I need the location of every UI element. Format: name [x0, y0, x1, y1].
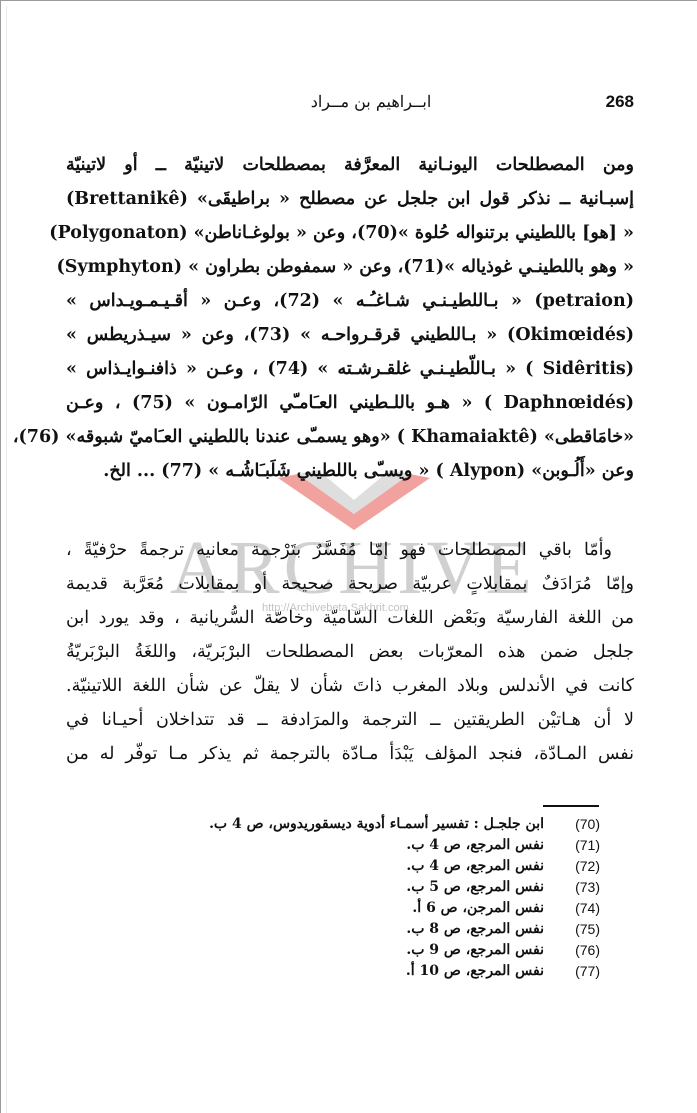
- footnote: (73) نفس المرجع، ص 5 ب.: [150, 877, 600, 898]
- running-title: ابــراهيم بن مــراد: [68, 92, 634, 111]
- paragraph-1: ومن المصطلحات اليونـانية المعرَّفة بمصطل…: [66, 148, 634, 488]
- page-border-inner: [6, 6, 7, 1113]
- footnote-number: (71): [550, 835, 600, 856]
- text-line: لا أن هـاتيْن الطريقتين ــ الترجمة والمر…: [66, 703, 634, 737]
- text-line: إسبـانية ــ نذكر قول ابن جلجل عن مصطلح «…: [66, 182, 634, 216]
- footnote-number: (77): [550, 961, 600, 982]
- footnote-text: نفس المرجع، ص 5 ب.: [406, 877, 550, 898]
- text-line: وعن «أَلُـوبن» (Alypon ) « ويسـّى باللطي…: [66, 454, 634, 488]
- footnote-number: (75): [550, 919, 600, 940]
- page-header: 268 ابــراهيم بن مــراد: [68, 92, 634, 120]
- footnote: (75) نفس المرجع، ص 8 ب.: [150, 919, 600, 940]
- footnote-separator: [543, 805, 599, 807]
- footnote-text: نفس المرجن، ص 6 أ.: [412, 898, 550, 919]
- text-line: نفس المـادّة، فنجد المؤلف يَبْدَأ مـادّة…: [66, 737, 634, 771]
- text-line: (Okimœidés) « بـاللطيني قرقـرواحـه » (73…: [66, 318, 634, 352]
- text-line: وإمّا مُرَادَفٌ بمقابلاتٍ عربيّة صريحة ص…: [66, 567, 634, 601]
- text-line: (Sidêritis ) « بـاللّطيـنـي غلقـرشـته » …: [66, 352, 634, 386]
- footnotes: (70) ابن جلجـل : تفسير أسمـاء أدوية ديسق…: [150, 814, 600, 982]
- text-line: « وهو باللطينـي غوذياله »(71)، وعن « سمف…: [66, 250, 634, 284]
- footnote: (70) ابن جلجـل : تفسير أسمـاء أدوية ديسق…: [150, 814, 600, 835]
- paragraph-2: وأمّا باقي المصطلحات فهو إمّا مُفَسَّرٌ …: [66, 533, 634, 771]
- footnote-text: نفس المرجع، ص 4 ب.: [406, 856, 550, 877]
- footnote-text: نفس المرجع، ص 8 ب.: [406, 919, 550, 940]
- footnote: (76) نفس المرجع، ص 9 ب.: [150, 940, 600, 961]
- page-border-left: [0, 0, 1, 1113]
- text-line: (Daphnœidés ) « هـو باللـطيني العـَامـّي…: [66, 386, 634, 420]
- footnote-number: (74): [550, 898, 600, 919]
- footnote-text: نفس المرجع، ص 10 أ.: [406, 961, 550, 982]
- footnote-number: (73): [550, 877, 600, 898]
- text-line: جلجل ضمن هذه المعرّبات بعض المصطلحات الب…: [66, 635, 634, 669]
- footnote: (71) نفس المرجع، ص 4 ب.: [150, 835, 600, 856]
- footnote-number: (70): [550, 814, 600, 835]
- text-line: من اللغة الفارسيّة وبَعْض اللغات السّامي…: [66, 601, 634, 635]
- text-line: « [هو] باللطيني برتنواله حُلوة »(70)، وع…: [66, 216, 634, 250]
- text-line: كانت في الأندلس وبلاد المغرب ذاتَ شأن لا…: [66, 669, 634, 703]
- footnote: (72) نفس المرجع، ص 4 ب.: [150, 856, 600, 877]
- page-border-top: [0, 0, 697, 1]
- footnote: (74) نفس المرجن، ص 6 أ.: [150, 898, 600, 919]
- footnote-number: (76): [550, 940, 600, 961]
- text-line: (petraion) « بـاللطيـنـي شـاغـُـه » (72)…: [66, 284, 634, 318]
- text-line: «خامَاقطى» (Khamaiaktê ) «وهو يسمـّى عند…: [66, 420, 634, 454]
- footnote-text: نفس المرجع، ص 9 ب.: [406, 940, 550, 961]
- footnote-text: نفس المرجع، ص 4 ب.: [406, 835, 550, 856]
- footnote-number: (72): [550, 856, 600, 877]
- footnote: (77) نفس المرجع، ص 10 أ.: [150, 961, 600, 982]
- footnote-text: ابن جلجـل : تفسير أسمـاء أدوية ديسقوريدو…: [209, 814, 550, 835]
- text-line: وأمّا باقي المصطلحات فهو إمّا مُفَسَّرٌ …: [66, 533, 634, 567]
- text-line: ومن المصطلحات اليونـانية المعرَّفة بمصطل…: [66, 148, 634, 182]
